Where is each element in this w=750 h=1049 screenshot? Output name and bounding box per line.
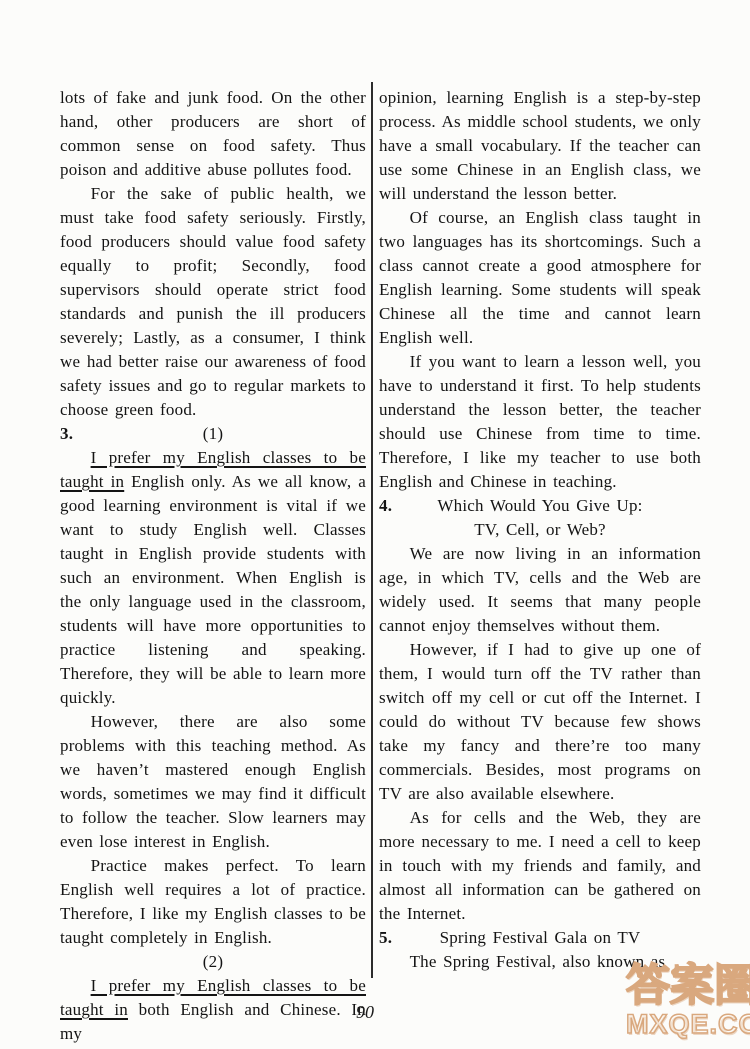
paragraph: Practice makes perfect. To learn English… bbox=[60, 854, 366, 950]
paragraph: However, if I had to give up one of them… bbox=[379, 638, 701, 806]
underlined-text: I prefer my English classes to be taught… bbox=[60, 448, 366, 491]
page-number: 90 bbox=[300, 1002, 430, 1023]
paragraph: The Spring Festival, also known as bbox=[379, 950, 701, 974]
paragraph: As for cells and the Web, they are more … bbox=[379, 806, 701, 926]
left-column: lots of fake and junk food. On the other… bbox=[60, 86, 366, 1046]
paragraph: If you want to learn a lesson well, you … bbox=[379, 350, 701, 494]
section-title: (1) bbox=[60, 422, 366, 446]
paragraph: I prefer my English classes to be taught… bbox=[60, 446, 366, 710]
watermark: 答案圈 MXQE.COM bbox=[626, 964, 750, 1038]
subsection-label: (2) bbox=[60, 950, 366, 974]
section-number: 3. bbox=[60, 422, 73, 446]
paragraph: opinion, learning English is a step-by-s… bbox=[379, 86, 701, 206]
scanned-book-page: lots of fake and junk food. On the other… bbox=[0, 0, 750, 1049]
subsection-label: TV, Cell, or Web? bbox=[379, 518, 701, 542]
paragraph: For the sake of public health, we must t… bbox=[60, 182, 366, 422]
column-divider-rule bbox=[371, 82, 373, 978]
section-heading: 4.Which Would You Give Up: bbox=[379, 494, 701, 518]
paragraph: We are now living in an information age,… bbox=[379, 542, 701, 638]
watermark-site-text: MXQE.COM bbox=[626, 1011, 750, 1038]
section-number: 4. bbox=[379, 494, 392, 518]
section-number: 5. bbox=[379, 926, 392, 950]
section-heading: 5.Spring Festival Gala on TV bbox=[379, 926, 701, 950]
section-title: Which Would You Give Up: bbox=[379, 494, 701, 518]
paragraph: Of course, an English class taught in tw… bbox=[379, 206, 701, 350]
section-heading: 3.(1) bbox=[60, 422, 366, 446]
paragraph: However, there are also some problems wi… bbox=[60, 710, 366, 854]
right-column: opinion, learning English is a step-by-s… bbox=[379, 86, 701, 974]
section-title: Spring Festival Gala on TV bbox=[379, 926, 701, 950]
paragraph: lots of fake and junk food. On the other… bbox=[60, 86, 366, 182]
